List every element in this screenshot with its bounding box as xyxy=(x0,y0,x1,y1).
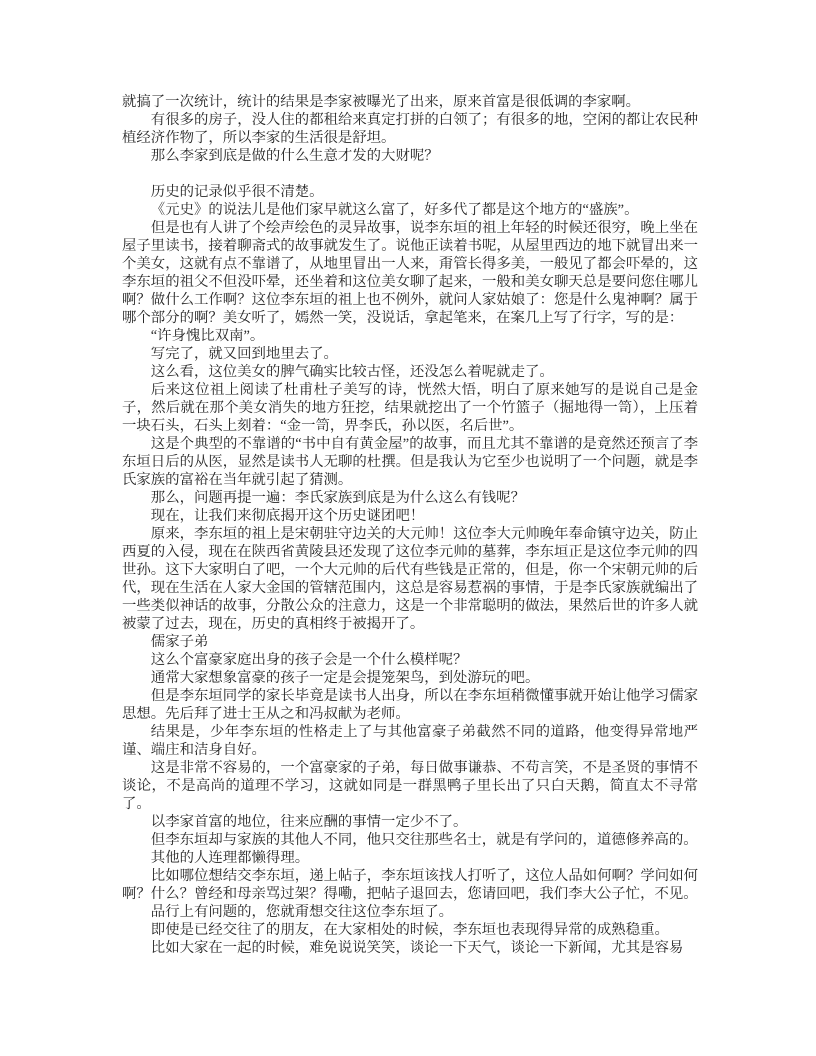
paragraph: 其他的人连理都懒得理。 xyxy=(122,849,698,867)
paragraph: 比如哪位想结交李东垣，递上帖子，李东垣该找人打听了，这位人品如何啊？学问如何啊？… xyxy=(122,867,698,903)
paragraph: 这么看，这位美女的脾气确实比较古怪，还没怎么着呢就走了。 xyxy=(122,363,698,381)
document-page: 就搞了一次统计，统计的结果是李家被曝光了出来，原来首富是很低调的李家啊。有很多的… xyxy=(0,0,816,1056)
paragraph: 比如大家在一起的时候，难免说说笑笑，谈论一下天气，谈论一下新闻，尤其是容易 xyxy=(122,939,698,957)
paragraph: 但李东垣却与家族的其他人不同，他只交往那些名士，就是有学问的，道德修养高的。 xyxy=(122,831,698,849)
document-body: 就搞了一次统计，统计的结果是李家被曝光了出来，原来首富是很低调的李家啊。有很多的… xyxy=(122,93,698,957)
paragraph: 通常大家想象富豪的孩子一定是会提笼架鸟，到处游玩的吧。 xyxy=(122,669,698,687)
paragraph: 这是非常不容易的，一个富豪家的子弟，每日做事谦恭、不苟言笑，不是圣贤的事情不谈论… xyxy=(122,759,698,813)
paragraph: 写完了，就又回到地里去了。 xyxy=(122,345,698,363)
paragraph: 那么，问题再提一遍：李氏家族到底是为什么这么有钱呢？ xyxy=(122,489,698,507)
paragraph: 但是也有人讲了个绘声绘色的灵异故事，说李东垣的祖上年轻的时候还很穷，晚上坐在屋子… xyxy=(122,219,698,327)
paragraph: 《元史》的说法儿是他们家早就这么富了，好多代了都是这个地方的“盛族”。 xyxy=(122,201,698,219)
paragraph: 就搞了一次统计，统计的结果是李家被曝光了出来，原来首富是很低调的李家啊。 xyxy=(122,93,698,111)
paragraph: 即使是已经交往了的朋友，在大家相处的时候，李东垣也表现得异常的成熟稳重。 xyxy=(122,921,698,939)
paragraph: 这是个典型的不靠谱的“书中自有黄金屋”的故事，而且尤其不靠谱的是竟然还预言了李东… xyxy=(122,435,698,489)
paragraph: 以李家首富的地位，往来应酬的事情一定少不了。 xyxy=(122,813,698,831)
paragraph: 有很多的房子，没人住的都租给来真定打拼的白领了；有很多的地，空闲的都让农民种植经… xyxy=(122,111,698,147)
paragraph: 那么李家到底是做的什么生意才发的大财呢？ xyxy=(122,147,698,165)
paragraph: 结果是，少年李东垣的性格走上了与其他富豪子弟截然不同的道路，他变得异常地严谨、端… xyxy=(122,723,698,759)
paragraph: 后来这位祖上阅读了杜甫杜子美写的诗，恍然大悟，明白了原来她写的是说自己是金子，然… xyxy=(122,381,698,435)
paragraph: “许身愧比双南”。 xyxy=(122,327,698,345)
paragraph: 但是李东垣同学的家长毕竟是读书人出身，所以在李东垣稍微懂事就开始让他学习儒家思想… xyxy=(122,687,698,723)
paragraph: 现在，让我们来彻底揭开这个历史谜团吧！ xyxy=(122,507,698,525)
paragraph: 这么个富豪家庭出身的孩子会是一个什么模样呢？ xyxy=(122,651,698,669)
paragraph: 儒家子弟 xyxy=(122,633,698,651)
paragraph: 品行上有问题的，您就甭想交往这位李东垣了。 xyxy=(122,903,698,921)
blank-line xyxy=(122,165,698,183)
paragraph: 原来，李东垣的祖上是宋朝驻守边关的大元帅！这位李大元帅晚年奉命镇守边关，防止西夏… xyxy=(122,525,698,633)
paragraph: 历史的记录似乎很不清楚。 xyxy=(122,183,698,201)
